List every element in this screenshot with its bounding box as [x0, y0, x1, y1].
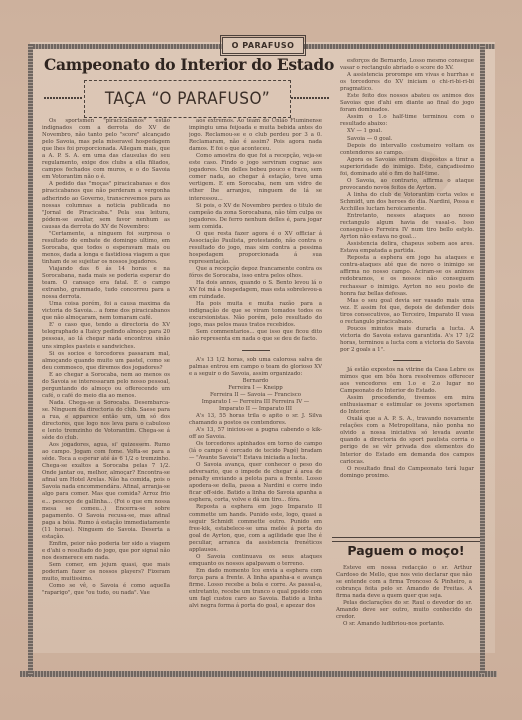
box-title: Paguem o moço!	[332, 543, 480, 558]
paragraph: Pelas declarações do sr. Raul o devedor …	[336, 600, 472, 621]
ornament-line	[44, 97, 82, 99]
subhead-banner: TAÇA “O PARAFUSO”	[44, 80, 329, 118]
paragraph: Imparato II — Imparato III	[189, 406, 322, 413]
paragraph: Como amostra do que foi a recepção, veja…	[189, 153, 322, 202]
article-column-1: Os sportsmen "piracicabanos" estão indig…	[42, 118, 170, 653]
paragraph: Os sportsmen "piracicabanos" estão indig…	[42, 118, 170, 181]
paragraph: Este feito dos nossos abateu os animos d…	[340, 93, 474, 114]
border-right	[480, 44, 485, 674]
masthead: O PARAFUSO	[222, 37, 304, 54]
paragraph: Si pois, o XV de Novembro perdeu o titul…	[189, 203, 322, 231]
paragraph: E' o caso que, tendo a directoria do XV …	[42, 322, 170, 350]
paragraph: O Savoia, ao contrario, affirma o ataque…	[340, 178, 474, 192]
section-divider	[332, 537, 480, 542]
paragraph: Viajando das 6 ás 14 horas e na Sorocaba…	[42, 266, 170, 301]
paragraph: Ferreira I — Kneipp	[189, 385, 322, 392]
paragraph: Agora os Savoias entram dispostos a tira…	[340, 157, 474, 178]
paragraph: Assim procedendo, tivemos em mira enthus…	[340, 395, 474, 416]
paragraph: Poucos minutos mais durarla a lucta. A v…	[340, 326, 474, 354]
article-column-3: esforços de Bernardo, Losso mesmo conseg…	[340, 58, 474, 528]
paragraph: Como se vê, o Savoia é como aquella "rap…	[42, 583, 170, 597]
paragraph: Os torcedores apinhados em torno do camp…	[189, 441, 322, 462]
paragraph: Ha pois muita e muita razão para a indig…	[189, 301, 322, 329]
paragraph: Nada. Chega-se a Sorocaba. Desembarca-se…	[42, 400, 170, 442]
border-bottom	[20, 671, 497, 677]
paragraph: A pedido das "moças" piracicabanas e dos…	[42, 181, 170, 230]
paragraph: Depois do intervallo costumeiro voltam o…	[340, 143, 474, 157]
paragraph: Entretanto, nesses ataques ao nosso rect…	[340, 213, 474, 241]
paragraph: Reposta a esphera em jogo ha ataques e c…	[340, 255, 474, 297]
paragraph: O Savoia avança, quer conhecer o peso do…	[189, 462, 322, 504]
paragraph: Esteve em nossa redacção o sr. Arthur Ca…	[336, 565, 472, 600]
paragraph: O que resta fazer agora é o XV officiar …	[189, 231, 322, 266]
paragraph: Ha dois annos, quando o S. Bento levou l…	[189, 280, 322, 301]
paragraph: "Certamente, a ninguem foi surpresa o re…	[42, 231, 170, 266]
paragraph: Bernardo	[189, 378, 322, 385]
paragraph: A linha do club de Votorantim corta velo…	[340, 192, 474, 213]
paragraph: Assim o 1.o half-time terminou com o res…	[340, 114, 474, 128]
paragraph: Ferreira II — Savoia — Francisco	[189, 392, 322, 399]
paragraph: Sem comer, em jejum quasi, que mais pode…	[42, 562, 170, 583]
paragraph: Imparato I — Ferreira III Ferreira IV —	[189, 399, 322, 406]
paragraph: E ao chegar a Sorocaba, nem ao menos os …	[42, 372, 170, 400]
paragraph: Emfim, peior não poderia ter sido a viag…	[42, 541, 170, 562]
paragraph: A's 13, 57 iniciou-se a pugna cabendo o …	[189, 427, 322, 441]
paragraph: Aos jogadores, agua, si' quizessem. Rumo…	[42, 442, 170, 541]
paragraph: O Savoia continuava os seus ataques emqu…	[189, 554, 322, 568]
paragraph: Uma coisa porém, foi a causa maxima da v…	[42, 301, 170, 322]
paragraph: Assistencia delira, chapeus sobem aos ar…	[340, 241, 474, 255]
paragraph: aos extremos. Ao team do União Fluminens…	[189, 118, 322, 153]
paragraph: Sem commentarios... que isso que ficou d…	[189, 329, 322, 343]
paragraph: O resultado final do Campeonato terá lug…	[340, 466, 474, 480]
border-left	[28, 44, 33, 676]
paragraph: A's 13 1/2 horas, sob uma calorosa salva…	[189, 357, 322, 378]
paragraph: A assistencia prorompe em vivas e hurrha…	[340, 72, 474, 93]
ornament-line	[291, 97, 329, 99]
paragraph: Mas o seu goal devia ser vasado mais uma…	[340, 298, 474, 326]
article-column-2: aos extremos. Ao team do União Fluminens…	[189, 118, 322, 653]
paragraph: Reposta a esphera em jogo Imparato II co…	[189, 504, 322, 553]
paragraph: Que a recepção depoz francamente contra …	[189, 266, 322, 280]
headline: Campeonato do Interior do Estado	[44, 55, 329, 74]
short-rule	[242, 350, 270, 351]
paragraph: Já estão expostos na vitrine da Casa Leb…	[340, 367, 474, 395]
paragraph: Savoia — 0 goal.	[340, 136, 474, 143]
paragraph: Si os socios e torcedores passaram mal, …	[42, 351, 170, 372]
paragraph: Em dado momento Ico envia a esphera com …	[189, 568, 322, 610]
paragraph: O sr. Amando ludibriou-nos portanto.	[336, 621, 472, 628]
subhead: TAÇA “O PARAFUSO”	[84, 80, 291, 118]
short-rule	[393, 360, 421, 361]
paragraph: A's 13, 55 horas trila o apito o sr. J. …	[189, 413, 322, 427]
paragraph: esforços de Bernardo, Losso mesmo conseg…	[340, 58, 474, 72]
box-article: Esteve em nossa redacção o sr. Arthur Ca…	[336, 565, 472, 645]
paragraph: XV — 1 goal.	[340, 128, 474, 135]
paragraph: Oxalá que a A. P. S. A., travando novame…	[340, 416, 474, 465]
